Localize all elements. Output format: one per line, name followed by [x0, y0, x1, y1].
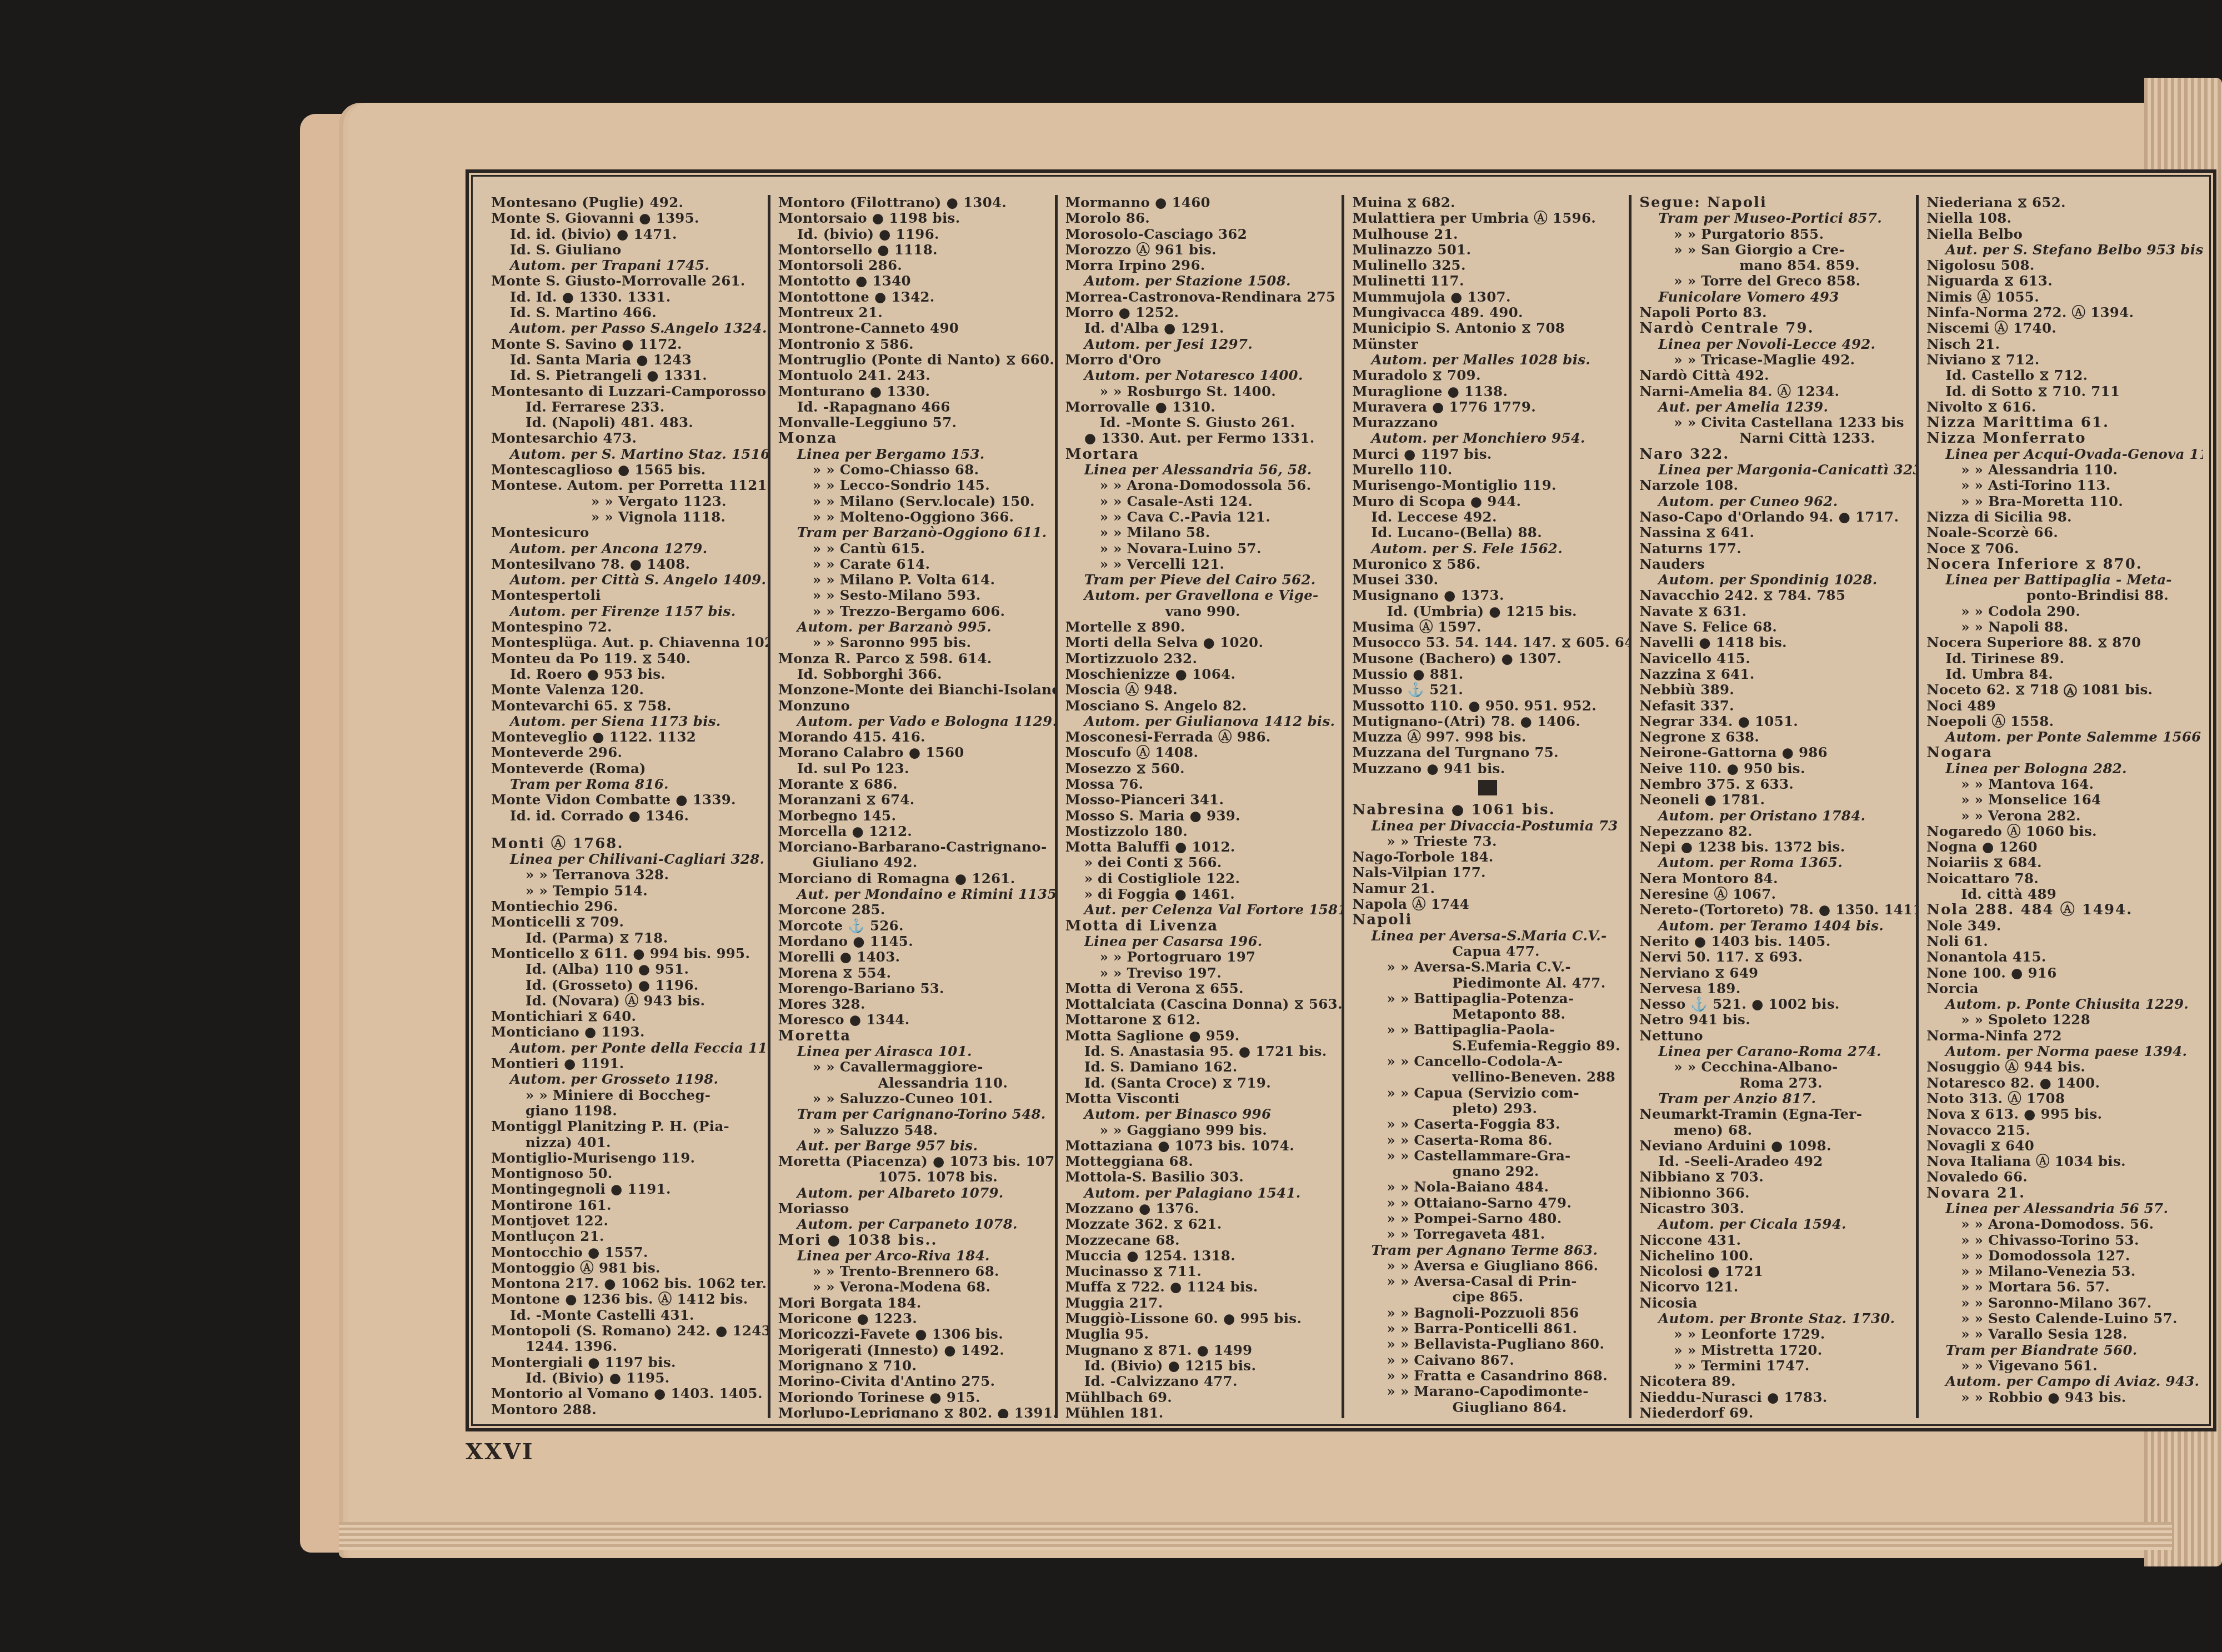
index-sub-entry: » » Saluzzo-Cuneo 101.	[778, 1091, 1049, 1107]
index-heading-entry: Napoli	[1352, 912, 1623, 928]
index-entry: Murci ● 1197 bis.	[1352, 447, 1623, 462]
index-sub-entry: » » Torregaveta 481.	[1352, 1227, 1623, 1242]
index-frame: Montesano (Puglie) 492.Monte S. Giovanni…	[466, 169, 2216, 1431]
index-sub-entry: » » Marano-Capodimonte-	[1352, 1384, 1623, 1399]
index-entry: Neresine Ⓐ 1067.	[1639, 887, 1910, 902]
index-sub-entry: Autom. p. Ponte Chiusita 1229.	[1926, 997, 2198, 1012]
index-sub-entry: » » Casale-Asti 124.	[1065, 494, 1337, 509]
index-entry: Nettuno	[1639, 1028, 1910, 1044]
index-sub-entry: Linea per Margonia-Canicattì 323.	[1639, 462, 1910, 478]
index-entry: Novaledo 66.	[1926, 1169, 2198, 1185]
index-entry: Navate ⧖ 631.	[1639, 604, 1910, 619]
index-heading-entry: Nola 288. 484 Ⓐ 1494.	[1926, 902, 2198, 918]
index-entry: Naso-Capo d'Orlando 94. ● 1717.	[1639, 509, 1910, 525]
index-sub-entry: Id. (Napoli) 481. 483.	[491, 415, 762, 430]
index-sub-entry: » » Arona-Domodoss. 56.	[1926, 1217, 2198, 1232]
index-entry: Nocera Superiore 88. ⧖ 870	[1926, 635, 2198, 650]
index-sub-entry: Autom. per Spondinig 1028.	[1639, 572, 1910, 588]
index-columns: Montesano (Puglie) 492.Monte S. Giovanni…	[483, 195, 2203, 1418]
index-sub-entry: Id. (Bivio) ● 1215 bis.	[1065, 1358, 1337, 1374]
index-entry: Mulinello 325.	[1352, 258, 1623, 273]
index-sub-entry: Autom. per Oristano 1784.	[1639, 808, 1910, 824]
index-sub-entry: Id. S. Giuliano	[491, 242, 762, 258]
index-entry: Murisengo-Montiglio 119.	[1352, 478, 1623, 493]
index-entry: Montreux 21.	[778, 305, 1049, 321]
index-heading-entry: Naro 322.	[1639, 447, 1910, 462]
index-heading-entry: Monti Ⓐ 1768.	[491, 836, 762, 852]
index-sub-entry: » » Terranova 328.	[491, 867, 762, 883]
index-entry: Nauders	[1639, 557, 1910, 572]
index-entry: Montespertoli	[491, 588, 762, 603]
index-entry: Novagli ⧖ 640	[1926, 1138, 2198, 1154]
index-entry: Nole 349.	[1926, 918, 2198, 934]
index-sub-entry: » » Miniere di Boccheg-	[491, 1088, 762, 1103]
index-entry: Montesplüga. Aut. p. Chiavenna 1023.	[491, 635, 762, 650]
index-sub-entry: Autom. per S. Martino Staz. 1516	[491, 447, 762, 462]
index-sub-entry: » » Termini 1747.	[1639, 1358, 1910, 1374]
index-sub-entry: » » Mistretta 1720.	[1639, 1343, 1910, 1358]
index-entry: Nicorvo 121.	[1639, 1279, 1910, 1295]
index-entry: Muradolo ⧖ 709.	[1352, 368, 1623, 383]
index-entry: Monte Vidon Combatte ● 1339.	[491, 792, 762, 808]
index-entry: Montjovet 122.	[491, 1213, 762, 1229]
index-sub-entry: » » Ottaiano-Sarno 479.	[1352, 1195, 1623, 1211]
index-entry: Narni-Amelia 84. Ⓐ 1234.	[1639, 384, 1910, 399]
index-entry: Moschienizze ● 1064.	[1065, 667, 1337, 682]
index-sub-entry: Giugliano 864.	[1352, 1400, 1623, 1415]
index-sub-entry: Linea per Alessandria 56 57.	[1926, 1201, 2198, 1217]
index-entry: Netro 941 bis.	[1639, 1012, 1910, 1028]
index-entry: Monticiano ● 1193.	[491, 1024, 762, 1040]
index-entry: Nogna ● 1260	[1926, 839, 2198, 855]
index-entry: Montluçon 21.	[491, 1229, 762, 1244]
index-entry: Montiechio 296.	[491, 899, 762, 914]
index-entry: Niederdorf 69.	[1639, 1405, 1910, 1418]
index-sub-entry: » » Milano P. Volta 614.	[778, 572, 1049, 588]
index-entry: Morcone 285.	[778, 902, 1049, 918]
index-column-5: Segue: NapoliTram per Museo-Portici 857.…	[1632, 195, 1919, 1418]
index-entry: Nefasit 337.	[1639, 698, 1910, 714]
index-sub-entry: meno) 68.	[1639, 1123, 1910, 1138]
index-sub-entry: Autom. per Ancona 1279.	[491, 541, 762, 557]
index-sub-entry: Autom. per Teramo 1404 bis.	[1639, 918, 1910, 934]
index-entry: Mottaziana ● 1073 bis. 1074.	[1065, 1138, 1337, 1154]
section-letter-marker	[1352, 780, 1623, 799]
index-sub-entry: Giuliano 492.	[778, 855, 1049, 870]
index-entry: Muzza Ⓐ 997. 998 bis.	[1352, 729, 1623, 745]
index-entry: Muravera ● 1776 1779.	[1352, 399, 1623, 415]
index-entry: Mottarone ⧖ 612.	[1065, 1012, 1337, 1028]
index-entry: Nizza di Sicilia 98.	[1926, 509, 2198, 525]
index-sub-entry: » » Sesto-Milano 593.	[778, 588, 1049, 603]
index-sub-entry: Autom. per Grosseto 1198.	[491, 1072, 762, 1087]
index-entry: Montingegnoli ● 1191.	[491, 1182, 762, 1197]
index-entry: Noicattaro 78.	[1926, 871, 2198, 887]
index-entry: Muzzano ● 941 bis.	[1352, 761, 1623, 777]
index-entry: Navacchio 242. ⧖ 784. 785	[1639, 588, 1910, 603]
index-sub-entry: Id. Lucano-(Bella) 88.	[1352, 525, 1623, 540]
index-sub-entry: 1075. 1078 bis.	[778, 1169, 1049, 1185]
index-column-1: Montesano (Puglie) 492.Monte S. Giovanni…	[483, 195, 770, 1418]
index-sub-entry: cipe 865.	[1352, 1289, 1623, 1305]
index-entry: Mucinasso ⧖ 711.	[1065, 1264, 1337, 1279]
page-edges-bottom	[339, 1522, 2172, 1550]
index-entry: Nerviano ⧖ 649	[1639, 965, 1910, 981]
index-sub-entry: Linea per Divaccia-Postumia 73	[1352, 818, 1623, 834]
index-entry: Moresco ● 1344.	[778, 1012, 1049, 1028]
index-sub-entry: » » Saluzzo 548.	[778, 1123, 1049, 1138]
index-sub-entry: Autom. per Ponte della Feccia 1171.	[491, 1040, 762, 1056]
index-entry: Morino-Civita d'Antino 275.	[778, 1374, 1049, 1389]
index-sub-entry: » » Milano (Serv.locale) 150.	[778, 494, 1049, 509]
index-entry: Moricozzi-Favete ● 1306 bis.	[778, 1326, 1049, 1342]
index-sub-entry: Linea per Alessandria 56, 58.	[1065, 462, 1337, 478]
index-entry: Nicotera 89.	[1639, 1374, 1910, 1389]
index-entry: Monteveglio ● 1122. 1132	[491, 729, 762, 745]
index-sub-entry: » » Cavallermaggiore-	[778, 1059, 1049, 1075]
index-heading-entry: Nabresina ● 1061 bis.	[1352, 802, 1623, 818]
index-sub-entry: Id. Sobborghi 366.	[778, 667, 1049, 682]
index-entry: Nova ⧖ 613. ● 995 bis.	[1926, 1107, 2198, 1122]
index-entry: Niccone 431.	[1639, 1233, 1910, 1248]
index-sub-entry: » » Cecchina-Albano-	[1639, 1059, 1910, 1075]
index-entry: Montichiari ⧖ 640.	[491, 1009, 762, 1024]
index-sub-entry: Id. (Grosseto) ● 1196.	[491, 978, 762, 993]
index-sub-entry: » » Tricase-Maglie 492.	[1639, 352, 1910, 368]
index-entry: Nebbiù 389.	[1639, 682, 1910, 698]
index-entry: Morcote ⚓ 526.	[778, 918, 1049, 934]
index-entry: Mori Borgata 184.	[778, 1295, 1049, 1311]
index-sub-entry: Autom. per Barzanò 995.	[778, 619, 1049, 635]
index-entry: Neoneli ● 1781.	[1639, 792, 1910, 808]
index-entry: Muccia ● 1254. 1318.	[1065, 1248, 1337, 1264]
index-entry: Morozzo Ⓐ 961 bis.	[1065, 242, 1337, 258]
index-sub-entry: Id. Roero ● 953 bis.	[491, 667, 762, 682]
index-entry: Napoli Porto 83.	[1639, 305, 1910, 321]
index-entry: Monzone-Monte dei Bianchi-Isolano 238	[778, 682, 1049, 698]
index-entry: Montescaglioso ● 1565 bis.	[491, 462, 762, 478]
index-entry: Monteverde (Roma)	[491, 761, 762, 777]
index-entry: Neviano Arduini ● 1098.	[1639, 1138, 1910, 1154]
index-entry: Moricone ● 1223.	[778, 1311, 1049, 1326]
index-sub-entry: Autom. per S. Fele 1562.	[1352, 541, 1623, 557]
index-sub-entry: » » Portogruaro 197	[1065, 949, 1337, 965]
index-sub-entry: » » Torre del Greco 858.	[1639, 273, 1910, 289]
index-sub-entry: Autom. per Ponte Salemme 1566	[1926, 729, 2198, 745]
index-column-3: Mormanno ● 1460Morolo 86.Morosolo-Cascia…	[1058, 195, 1345, 1418]
index-heading-entry: Monza	[778, 430, 1049, 446]
index-entry: Muina ⧖ 682.	[1352, 195, 1623, 211]
index-entry: Morante ⧖ 686.	[778, 777, 1049, 792]
index-entry: Nigolosu 508.	[1926, 258, 2198, 273]
index-entry: Montoggio Ⓐ 981 bis.	[491, 1260, 762, 1276]
index-sub-entry: Linea per Battipaglia - Meta-	[1926, 572, 2198, 588]
index-entry: Neive 110. ● 950 bis.	[1639, 761, 1910, 777]
index-sub-entry: Piedimonte Al. 477.	[1352, 975, 1623, 991]
index-heading-entry: Nocera Inferiore ⧖ 870.	[1926, 557, 2198, 572]
index-entry: Nosuggio Ⓐ 944 bis.	[1926, 1059, 2198, 1075]
index-entry: Nibionno 366.	[1639, 1185, 1910, 1201]
index-entry: Norma-Ninfa 272	[1926, 1028, 2198, 1044]
index-sub-entry: Autom. per Monchiero 954.	[1352, 430, 1623, 446]
index-sub-entry: Tram per Anzio 817.	[1639, 1091, 1910, 1107]
index-sub-entry: » » Varallo Sesia 128.	[1926, 1326, 2198, 1342]
index-entry: Motta Baluffi ● 1012.	[1065, 839, 1337, 855]
index-sub-entry: Aut. per Barge 957 bis.	[778, 1138, 1049, 1154]
index-sub-entry: ponto-Brindisi 88.	[1926, 588, 2198, 603]
index-sub-entry: » » Barra-Ponticelli 861.	[1352, 1321, 1623, 1336]
index-entry: Niscemi Ⓐ 1740.	[1926, 321, 2198, 336]
index-entry: Nieddu-Nurasci ● 1783.	[1639, 1390, 1910, 1405]
index-entry: Montocchio ● 1557.	[491, 1245, 762, 1260]
index-entry: Morolo 86.	[1065, 211, 1337, 226]
index-entry: Noto 313. Ⓐ 1708	[1926, 1091, 2198, 1107]
index-entry: Negrone ⧖ 638.	[1639, 729, 1910, 745]
index-sub-entry: Autom. per Palagiano 1541.	[1065, 1185, 1337, 1201]
index-entry: Motta Visconti	[1065, 1091, 1337, 1107]
index-sub-entry: » » Cava C.-Pavia 121.	[1065, 509, 1337, 525]
index-entry: Mühlbach 69.	[1065, 1390, 1337, 1405]
index-sub-entry: Aut. per Celenza Val Fortore 1581.	[1065, 902, 1337, 918]
index-entry: Mulattiera per Umbria Ⓐ 1596.	[1352, 211, 1623, 226]
index-sub-entry: Id. -Monte Castelli 431.	[491, 1308, 762, 1323]
index-sub-entry: » » Castellammare-Gra-	[1352, 1148, 1623, 1164]
index-entry: Mossa 76.	[1065, 777, 1337, 792]
index-entry: Monticelli ⧖ 709.	[491, 914, 762, 930]
index-sub-entry: vellino-Beneven. 288	[1352, 1069, 1623, 1085]
index-sub-entry: Id. S. Pietrangeli ● 1331.	[491, 368, 762, 383]
index-entry: Mostizzolo 180.	[1065, 824, 1337, 839]
index-entry: Nicosia	[1639, 1295, 1910, 1311]
index-sub-entry: » » Battipaglia-Paola-	[1352, 1022, 1623, 1038]
index-entry: Montevarchi 65. ⧖ 758.	[491, 698, 762, 714]
index-entry: Moretta (Piacenza) ● 1073 bis. 1074.	[778, 1154, 1049, 1169]
index-entry: Nova Italiana Ⓐ 1034 bis.	[1926, 1154, 2198, 1169]
index-sub-entry: » » Milano 58.	[1065, 525, 1337, 540]
index-entry: Montiglio-Murisengo 119.	[491, 1150, 762, 1166]
index-sub-entry: Id. d'Alba ● 1291.	[1065, 321, 1337, 336]
index-entry: Morra Irpino 296.	[1065, 258, 1337, 273]
index-entry: Namur 21.	[1352, 881, 1623, 897]
index-entry: Nave S. Felice 68.	[1639, 619, 1910, 635]
index-sub-entry: Tram per Carignano-Torino 548.	[778, 1107, 1049, 1122]
index-sub-entry: Id. (bivio) ● 1196.	[778, 227, 1049, 242]
index-entry: Montottone ● 1342.	[778, 289, 1049, 305]
index-entry: Mosciano S. Angelo 82.	[1065, 698, 1337, 714]
section-block-icon	[1478, 780, 1497, 795]
index-sub-entry: » » Saronno-Milano 367.	[1926, 1295, 2198, 1311]
index-sub-entry: Capua 477.	[1352, 944, 1623, 959]
index-sub-entry: Autom. per Bronte Staz. 1730.	[1639, 1311, 1910, 1326]
index-entry: Nervesa 189.	[1639, 981, 1910, 997]
index-entry: Noce ⧖ 706.	[1926, 541, 2198, 557]
index-entry: Montirone 161.	[491, 1198, 762, 1213]
index-sub-entry: » » Asti-Torino 113.	[1926, 478, 2198, 493]
index-sub-entry: Id. id. (bivio) ● 1471.	[491, 227, 762, 242]
index-entry: Mottola-S. Basilio 303.	[1065, 1169, 1337, 1185]
index-entry: Moranzani ⧖ 674.	[778, 792, 1049, 808]
index-entry: Mozzano ● 1376.	[1065, 1201, 1337, 1217]
index-sub-entry: » » Milano-Venezia 53.	[1926, 1264, 2198, 1279]
index-entry: Montieri ● 1191.	[491, 1056, 762, 1072]
index-entry: Mordano ● 1145.	[778, 934, 1049, 949]
index-entry: Mosezzo ⧖ 560.	[1065, 761, 1337, 777]
index-sub-entry: » » Chivasso-Torino 53.	[1926, 1233, 2198, 1248]
index-entry: Mottalciata (Cascina Donna) ⧖ 563.	[1065, 997, 1337, 1012]
index-sub-entry: » » Aversa-S.Maria C.V.-	[1352, 959, 1623, 975]
index-entry: Montruglio (Ponte di Nanto) ⧖ 660.	[778, 352, 1049, 368]
index-entry: Motta Saglione ● 959.	[1065, 1028, 1337, 1044]
index-sub-entry: Autom. per Malles 1028 bis.	[1352, 352, 1623, 368]
index-entry: Morengo-Bariano 53.	[778, 981, 1049, 997]
index-entry: Morosolo-Casciago 362	[1065, 227, 1337, 242]
index-sub-entry: Autom. per Passo S.Angelo 1324.	[491, 321, 762, 336]
index-entry: Nicolosi ● 1721	[1639, 1264, 1910, 1279]
index-entry: Motta di Verona ⧖ 655.	[1065, 981, 1337, 997]
index-sub-entry: » » Purgatorio 855.	[1639, 227, 1910, 242]
index-sub-entry: » di Costigliole 122.	[1065, 871, 1337, 887]
index-sub-entry: » » Vergato 1123.	[491, 494, 762, 509]
index-entry: Morando 415. 416.	[778, 729, 1049, 745]
index-sub-entry: Id. S. Anastasia 95. ● 1721 bis.	[1065, 1044, 1337, 1059]
index-entry: Navicello 415.	[1639, 651, 1910, 667]
index-entry: Montuolo 241. 243.	[778, 368, 1049, 383]
index-entry: Mühlen 181.	[1065, 1405, 1337, 1418]
index-sub-entry: » » Cantù 615.	[778, 541, 1049, 557]
index-sub-entry: Linea per Airasca 101.	[778, 1044, 1049, 1059]
index-entry: Mummujola ● 1307.	[1352, 289, 1623, 305]
index-sub-entry: Narni Città 1233.	[1639, 430, 1910, 446]
index-sub-entry: Tram per Pieve del Cairo 562.	[1065, 572, 1337, 588]
index-sub-entry: » » Cancello-Codola-A-	[1352, 1054, 1623, 1069]
index-entry: Nesso ⚓ 521. ● 1002 bis.	[1639, 997, 1910, 1012]
index-entry: Mosso S. Maria ● 939.	[1065, 808, 1337, 824]
index-entry: Noceto 62. ⧖ 718 Ⓐ 1081 bis.	[1926, 682, 2198, 698]
index-entry: Narzole 108.	[1639, 478, 1910, 493]
index-entry: Monteu da Po 119. ⧖ 540.	[491, 651, 762, 667]
index-sub-entry: ● 1330. Aut. per Fermo 1331.	[1065, 430, 1337, 446]
index-sub-entry: Aut. per S. Stefano Belbo 953 bis.	[1926, 242, 2198, 258]
index-entry: Montoro (Filottrano) ● 1304.	[778, 195, 1049, 211]
index-entry: Nisch 21.	[1926, 337, 2198, 352]
index-heading-entry: Segue: Napoli	[1639, 195, 1910, 211]
index-sub-entry: Id. (Parma) ⧖ 718.	[491, 930, 762, 946]
index-entry: Montorsoli 286.	[778, 258, 1049, 273]
index-entry: Noiariis ⧖ 684.	[1926, 855, 2198, 870]
index-entry: Nivolto ⧖ 616.	[1926, 399, 2198, 415]
index-entry: Nepezzano 82.	[1639, 824, 1910, 839]
index-sub-entry: » » Saronno 995 bis.	[778, 635, 1049, 650]
index-entry: Monvalle-Leggiuno 57.	[778, 415, 1049, 430]
index-sub-entry: » » Treviso 197.	[1065, 965, 1337, 981]
index-sub-entry: » » Vignola 1118.	[491, 509, 762, 525]
index-entry: Morti della Selva ● 1020.	[1065, 635, 1337, 650]
index-heading-entry: Motta di Livenza	[1065, 918, 1337, 934]
index-sub-entry: » » Civita Castellana 1233 bis	[1639, 415, 1910, 430]
index-entry: Morbegno 145.	[778, 808, 1049, 824]
index-entry: Nepi ● 1238 bis. 1372 bis.	[1639, 839, 1910, 855]
index-entry: Moscia Ⓐ 948.	[1065, 682, 1337, 698]
index-sub-entry: Linea per Bergamo 153.	[778, 447, 1049, 462]
index-entry: Muro di Scopa ● 944.	[1352, 494, 1623, 509]
index-entry: Montesilvano 78. ● 1408.	[491, 557, 762, 572]
index-sub-entry: Id. Leccese 492.	[1352, 509, 1623, 525]
index-sub-entry: gnano 292.	[1352, 1164, 1623, 1179]
index-entry: Montesanto di Luzzari-Camporosso 70.	[491, 384, 762, 399]
index-sub-entry: » » Carate 614.	[778, 557, 1049, 572]
index-entry: Novacco 215.	[1926, 1123, 2198, 1138]
index-entry: Naturns 177.	[1639, 541, 1910, 557]
index-entry: Musei 330.	[1352, 572, 1623, 588]
index-entry: Morro ● 1252.	[1065, 305, 1337, 321]
index-heading-entry: Nizza Marittima 61.	[1926, 415, 2198, 430]
index-entry: Neirone-Gattorna ● 986	[1639, 745, 1910, 760]
index-entry: Mosconesi-Ferrada Ⓐ 986.	[1065, 729, 1337, 745]
index-sub-entry: » » Caivano 867.	[1352, 1353, 1623, 1368]
index-sub-entry: » » Trento-Brennero 68.	[778, 1264, 1049, 1279]
index-entry: Nals-Vilpian 177.	[1352, 865, 1623, 880]
index-entry: Montoro 288.	[491, 1402, 762, 1418]
index-entry: Murello 110.	[1352, 462, 1623, 478]
index-entry: Montorio al Vomano ● 1403. 1405.	[491, 1386, 762, 1401]
index-sub-entry: Aut. per Amelia 1239.	[1639, 399, 1910, 415]
index-heading-entry: Novara 21.	[1926, 1185, 2198, 1201]
index-entry: Morcella ● 1212.	[778, 824, 1049, 839]
index-entry: Morciano di Romagna ● 1261.	[778, 871, 1049, 887]
index-sub-entry: » » Robbio ● 943 bis.	[1926, 1390, 2198, 1405]
index-entry: Niguarda ⧖ 613.	[1926, 273, 2198, 289]
index-entry: Morciano-Barbarano-Castrignano-	[778, 839, 1049, 855]
index-entry: Montronio ⧖ 586.	[778, 337, 1049, 352]
index-sub-entry: Id. Id. ● 1330. 1331.	[491, 289, 762, 305]
index-sub-entry: Autom. per Jesi 1297.	[1065, 337, 1337, 352]
index-entry: Nimis Ⓐ 1055.	[1926, 289, 2198, 305]
index-sub-entry: Id. (Umbria) ● 1215 bis.	[1352, 604, 1623, 619]
index-sub-entry: » » Vercelli 121.	[1065, 557, 1337, 572]
index-entry: Nazzina ⧖ 641.	[1639, 667, 1910, 682]
index-entry: Musignano ● 1373.	[1352, 588, 1623, 603]
index-entry: Muffa ⧖ 722. ● 1124 bis.	[1065, 1279, 1337, 1295]
index-sub-entry: Autom. per Notaresco 1400.	[1065, 368, 1337, 383]
index-entry: Morrovalle ● 1310.	[1065, 399, 1337, 415]
index-sub-entry: nizza) 401.	[491, 1135, 762, 1150]
index-entry: Niella 108.	[1926, 211, 2198, 226]
index-entry: Mortelle ⧖ 890.	[1065, 619, 1337, 635]
index-sub-entry: » » Alessandria 110.	[1926, 462, 2198, 478]
index-sub-entry: » » Domodossola 127.	[1926, 1248, 2198, 1264]
index-entry: Montrone-Canneto 490	[778, 321, 1049, 336]
index-entry: Negrar 334. ● 1051.	[1639, 714, 1910, 729]
index-entry: Nera Montoro 84.	[1639, 871, 1910, 887]
index-sub-entry: Roma 273.	[1639, 1075, 1910, 1091]
index-sub-entry: Id. di Sotto ⧖ 710. 711	[1926, 384, 2198, 399]
index-entry: Muronico ⧖ 586.	[1352, 557, 1623, 572]
index-entry: Niviano ⧖ 712.	[1926, 352, 2198, 368]
index-sub-entry: » » Trieste 73.	[1352, 834, 1623, 849]
index-sub-entry: » » Napoli 88.	[1926, 619, 2198, 635]
index-sub-entry: Autom. per Binasco 996	[1065, 1107, 1337, 1122]
index-sub-entry: Tram per Roma 816.	[491, 777, 762, 792]
index-heading-entry: Nizza Monferrato	[1926, 430, 2198, 446]
index-sub-entry: Linea per Novoli-Lecce 492.	[1639, 337, 1910, 352]
index-sub-entry: » » Bra-Moretta 110.	[1926, 494, 2198, 509]
index-entry: Murazzano	[1352, 415, 1623, 430]
index-sub-entry: mano 854. 859.	[1639, 258, 1910, 273]
index-entry: Nogaredo Ⓐ 1060 bis.	[1926, 824, 2198, 839]
index-entry: Mormanno ● 1460	[1065, 195, 1337, 211]
index-entry: Mugnano ⧖ 871. ● 1499	[1065, 1343, 1337, 1358]
index-sub-entry: Id. id. Corrado ● 1346.	[491, 808, 762, 824]
